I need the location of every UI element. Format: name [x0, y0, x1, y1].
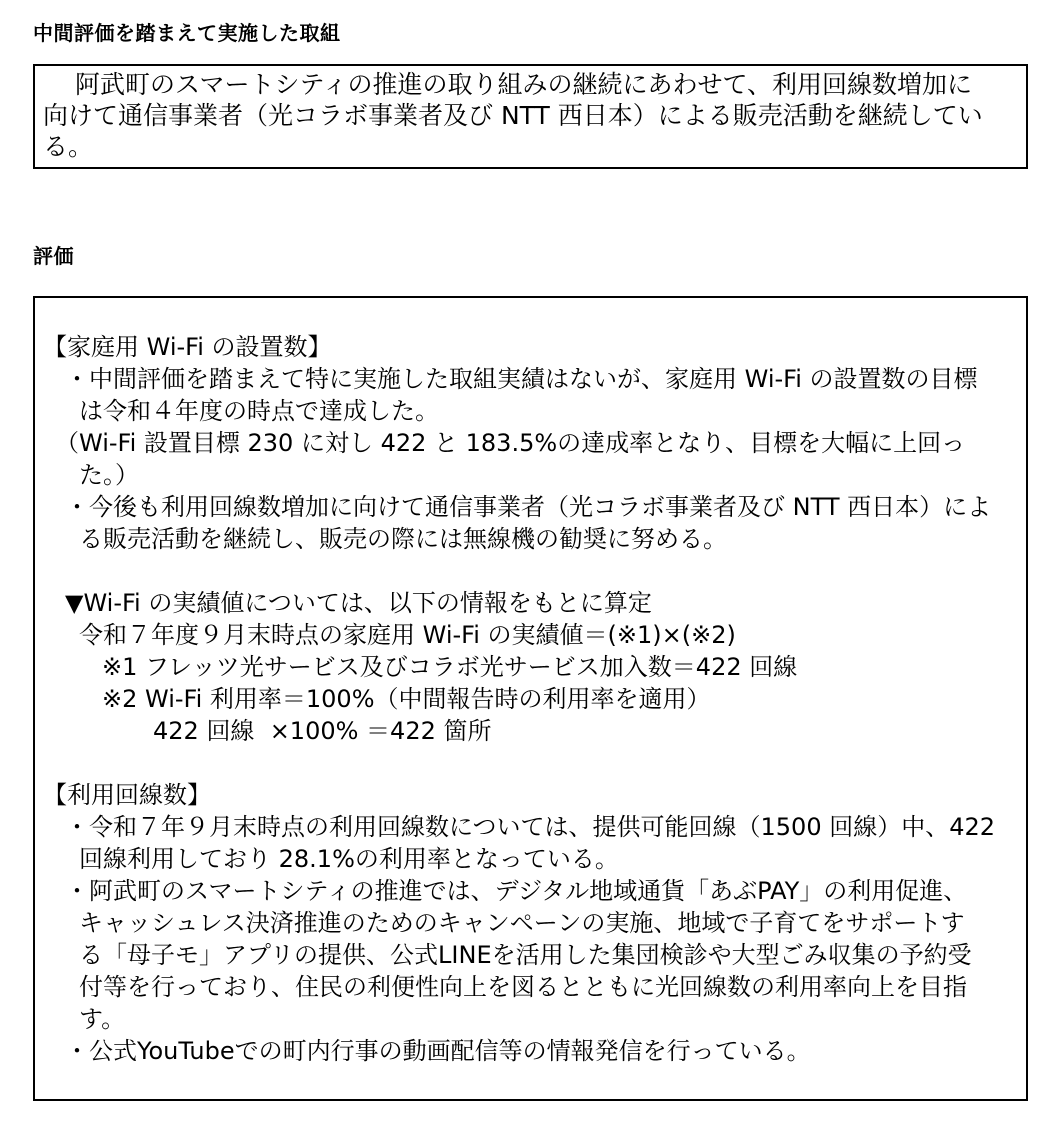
evaluation-line: ・今後も利用回線数増加に向けて通信事業者（光コラボ事業者及び NTT 西日本）に… — [65, 491, 1018, 523]
evaluation-line: ・公式YouTubeでの町内行事の動画配信等の情報発信を行っている。 — [65, 1035, 1018, 1067]
evaluation-box: 【家庭用 Wi-Fi の設置数】 ・中間評価を踏まえて特に実施した取組実績はない… — [33, 296, 1028, 1101]
evaluation-line: キャッシュレス決済推進のためのキャンペーンの実施、地域で子育てをサポートす — [79, 907, 1018, 939]
evaluation-line: ・令和７年９月末時点の利用回線数については、提供可能回線（1500 回線）中、4… — [65, 811, 1018, 843]
document-page: 中間評価を踏まえて実施した取組 阿武町のスマートシティの推進の取り組みの継続にあ… — [0, 0, 1061, 1131]
evaluation-line: 【家庭用 Wi-Fi の設置数】 — [43, 331, 1018, 363]
evaluation-section-heading: 評価 — [33, 243, 1028, 269]
evaluation-line: 令和７年度９月末時点の家庭用 Wi-Fi の実績値＝(※1)×(※2) — [79, 619, 1018, 651]
evaluation-line: ※2 Wi-Fi 利用率＝100%（中間報告時の利用率を適用） — [102, 683, 1018, 715]
evaluation-line: ▼Wi-Fi の実績値については、以下の情報をもとに算定 — [65, 587, 1018, 619]
evaluation-line: た。） — [79, 459, 1018, 491]
evaluation-line: 【利用回線数】 — [43, 779, 1018, 811]
evaluation-line: （Wi-Fi 設置目標 230 に対し 422 と 183.5%の達成率となり、… — [55, 427, 1018, 459]
evaluation-line: ・中間評価を踏まえて特に実施した取組実績はないが、家庭用 Wi-Fi の設置数の… — [65, 363, 1018, 395]
evaluation-line: る販売活動を継続し、販売の際には無線機の勧奨に努める。 — [79, 523, 1018, 555]
initiatives-box: 阿武町のスマートシティの推進の取り組みの継続にあわせて、利用回線数増加に 向けて… — [33, 64, 1028, 169]
evaluation-line: ※1 フレッツ光サービス及びコラボ光サービス加入数＝422 回線 — [102, 651, 1018, 683]
evaluation-line: は令和４年度の時点で達成した。 — [79, 395, 1018, 427]
initiatives-line: る。 — [43, 131, 1016, 162]
evaluation-blank-line — [43, 555, 1018, 587]
evaluation-line: す。 — [79, 1003, 1018, 1035]
initiatives-line: 阿武町のスマートシティの推進の取り組みの継続にあわせて、利用回線数増加に — [75, 69, 1016, 100]
evaluation-line: 422 回線 ×100% ＝422 箇所 — [153, 715, 1018, 747]
evaluation-line: ・阿武町のスマートシティの推進では、デジタル地域通貨「あぶPAY」の利用促進、 — [65, 875, 1018, 907]
initiatives-line: 向けて通信事業者（光コラボ事業者及び NTT 西日本）による販売活動を継続してい — [43, 100, 1016, 131]
initiatives-section-heading: 中間評価を踏まえて実施した取組 — [33, 20, 1028, 46]
evaluation-line: る「母子モ」アプリの提供、公式LINEを活用した集団検診や大型ごみ収集の予約受 — [79, 939, 1018, 971]
evaluation-line: 付等を行っており、住民の利便性向上を図るとともに光回線数の利用率向上を目指 — [79, 971, 1018, 1003]
evaluation-line: 回線利用しており 28.1%の利用率となっている。 — [79, 843, 1018, 875]
evaluation-blank-line — [43, 747, 1018, 779]
